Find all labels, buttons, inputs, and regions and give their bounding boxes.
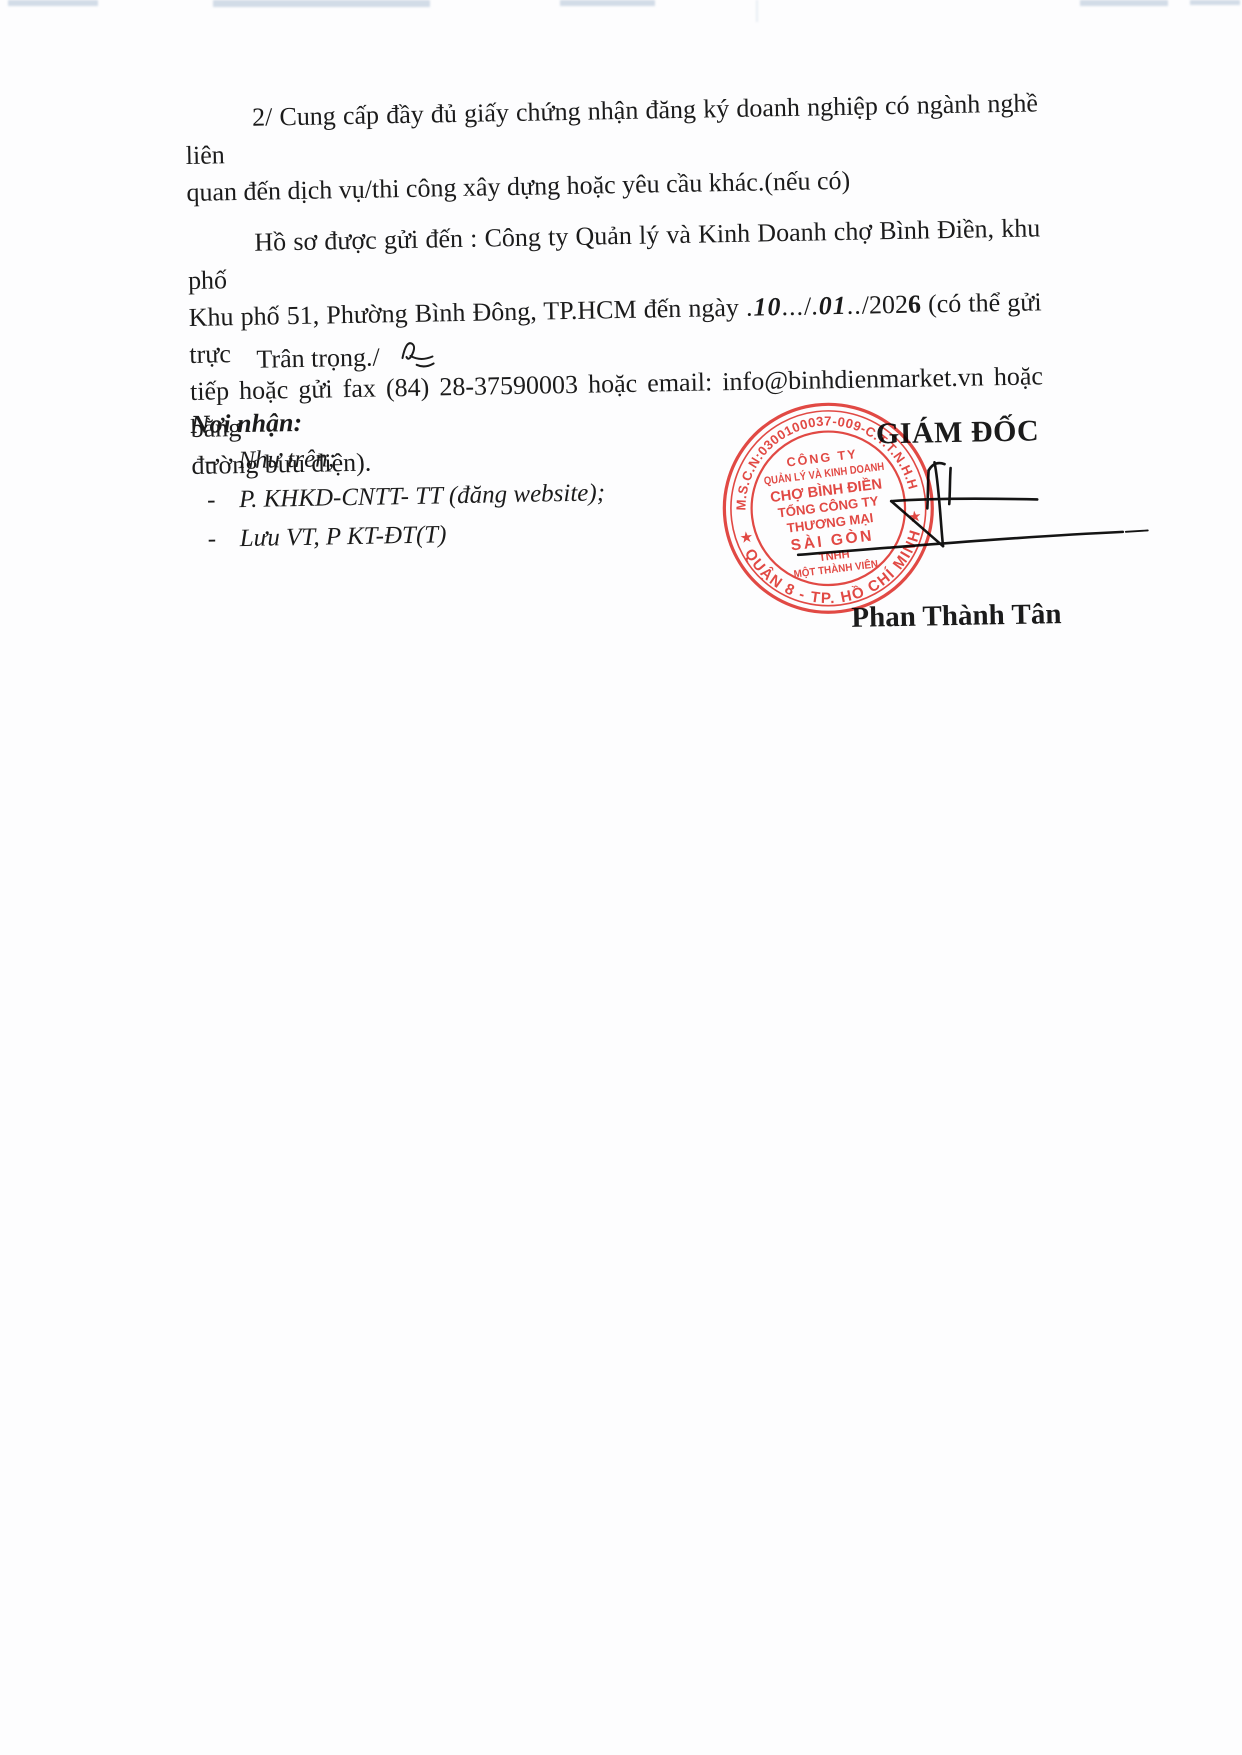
submission-line2-prefix: Khu phố 51, Phường Bình Đông, TP.HCM đến… bbox=[188, 293, 746, 332]
scanned-sheet: 2/ Cung cấp đầy đủ giấy chứng nhận đăng … bbox=[0, 0, 1242, 1755]
handwritten-month: 01 bbox=[818, 291, 847, 321]
recipient-item: - P. KHKD-CNTT- TT (đăng website); bbox=[192, 475, 633, 518]
date-year: 202 bbox=[869, 290, 909, 320]
date-dots: ... bbox=[781, 292, 804, 321]
list-dash: - bbox=[192, 521, 240, 557]
recipient-item: - Như trên; bbox=[191, 436, 632, 479]
list-dash: - bbox=[192, 482, 240, 518]
closing-salutation: Trân trọng./ bbox=[256, 342, 380, 374]
handwritten-year-digit: 6 bbox=[908, 290, 922, 319]
recipients-block: Nơi nhận: - Như trên; - P. KHKD-CNTT- TT… bbox=[190, 402, 633, 557]
recipient-text: Như trên; bbox=[238, 441, 336, 478]
handwritten-day: 10 bbox=[753, 292, 782, 322]
list-dash: - bbox=[191, 443, 239, 479]
document-page: 2/ Cung cấp đầy đủ giấy chứng nhận đăng … bbox=[0, 0, 1242, 1755]
seal-star-left-icon: ★ bbox=[740, 529, 754, 545]
recipient-text: Lưu VT, P KT-ĐT(T) bbox=[239, 517, 446, 556]
recipient-text: P. KHKD-CNTT- TT (đăng website); bbox=[239, 475, 606, 517]
recipient-item: - Lưu VT, P KT-ĐT(T) bbox=[192, 514, 633, 557]
closing-initial-scribble bbox=[396, 335, 449, 370]
paragraph-requirements: 2/ Cung cấp đầy đủ giấy chứng nhận đăng … bbox=[185, 84, 1040, 211]
handwritten-signature bbox=[776, 434, 1158, 566]
date-dots: .. bbox=[846, 291, 862, 320]
